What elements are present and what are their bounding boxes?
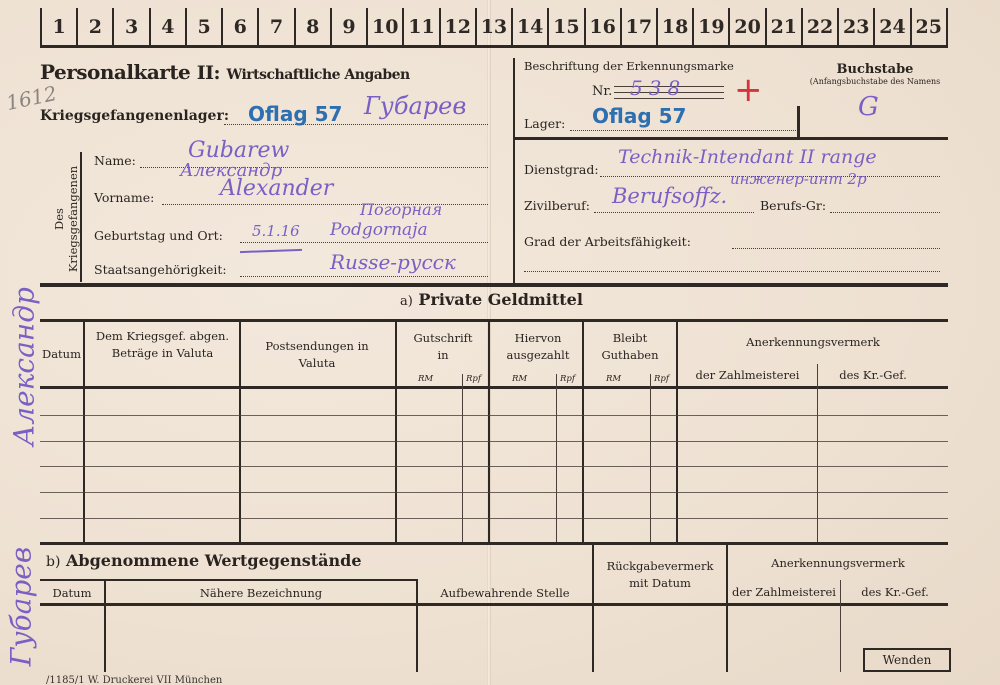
camp-handwritten: Губарев <box>364 92 466 120</box>
b-col-zahlmeisterei: der Zahlmeisterei <box>728 584 840 601</box>
b-subcol-sep <box>840 580 841 672</box>
section-b-prefix: b) <box>46 554 60 570</box>
tag-lager-dotline <box>570 130 796 131</box>
column-number: 1 <box>40 8 76 45</box>
fitness-dotline <box>732 248 940 249</box>
section-a-top-rule <box>40 319 948 322</box>
section-a-title-2: Geldmittel <box>488 290 583 309</box>
tag-heading: Beschriftung der Erkennungsmarke <box>524 59 734 73</box>
nationality-value: Russe-русск <box>330 250 456 274</box>
column-number: 25 <box>910 8 948 45</box>
column-number: 24 <box>873 8 909 45</box>
b-col-anerkennung: Anerkennungsvermerk <box>728 555 948 572</box>
column-number: 6 <box>221 8 257 45</box>
section-a-bottom-rule <box>40 542 948 545</box>
margin-handwriting-bottom: Губарев <box>5 542 38 672</box>
letter-heading: Buchstabe <box>800 62 950 77</box>
red-cross-mark: + <box>734 70 763 110</box>
vorname-value: Alexander <box>220 176 333 201</box>
b-col-datum: Datum <box>40 585 104 602</box>
title-roman: II: <box>197 62 220 84</box>
ruled-row-line <box>40 466 948 467</box>
job-group-label: Berufs-Gr: <box>760 198 826 213</box>
col-sep <box>395 320 397 542</box>
ruled-row-line <box>40 492 948 493</box>
col-sep <box>488 320 490 542</box>
col-postsendungen: Postsendungen in Valuta <box>252 338 382 372</box>
sub-rpf: Rpf <box>654 374 669 384</box>
column-number: 11 <box>402 8 438 45</box>
col-krgef: des Kr.-Gef. <box>818 367 928 384</box>
tag-lager-label: Lager: <box>524 116 565 131</box>
vorname-label: Vorname: <box>94 190 154 205</box>
print-mark: /1185/1 W. Druckerei VII München <box>46 675 222 685</box>
section-a-title: a) Private Geldmittel <box>400 290 583 309</box>
col-gutschrift: Gutschrift in <box>410 330 476 364</box>
camp-stamp: Oflag 57 <box>248 102 342 126</box>
section-b-title-text: Abgenommene Wertgegenstände <box>66 551 362 570</box>
subcol-sep <box>462 374 463 542</box>
ruled-row-line <box>40 415 948 416</box>
nationality-dotline <box>240 276 488 277</box>
subcol-sep <box>556 374 557 542</box>
section-a-prefix: a) <box>400 294 413 309</box>
section-b-title: b) Abgenommene Wertgegenstände <box>46 551 362 570</box>
column-number: 9 <box>330 8 366 45</box>
upper-rule <box>40 283 948 287</box>
tag-lager-stamp: Oflag 57 <box>592 104 686 128</box>
col-bleibt: Bleibt Guthaben <box>592 330 668 364</box>
extra-dotline <box>524 271 940 272</box>
column-number: 10 <box>366 8 402 45</box>
sub-rm: RM <box>512 374 527 384</box>
job-dotline <box>594 212 754 213</box>
b-col-rueckgabe: Rückgabevermerk mit Datum <box>600 558 720 592</box>
column-number: 3 <box>112 8 148 45</box>
side-label-top: Des <box>52 159 66 279</box>
rank-value-cyr: инженер-инт 2р <box>730 170 867 188</box>
turn-over-button[interactable]: Wenden <box>863 648 951 672</box>
job-value: Berufsoffz. <box>612 184 727 208</box>
side-label: Des Kriegsgefangenen <box>52 159 80 279</box>
subcol-sep <box>817 364 818 542</box>
column-number: 16 <box>584 8 620 45</box>
ruled-row-line <box>40 441 948 442</box>
col-zahlmeisterei: der Zahlmeisterei <box>678 367 817 384</box>
birth-date: 5.1.16 <box>252 222 300 240</box>
birth-place: Podgornaja <box>330 220 428 240</box>
sub-rm: RM <box>606 374 621 384</box>
side-divider <box>80 152 82 282</box>
tag-bottom-rule <box>515 137 948 140</box>
right-block-border <box>513 58 515 284</box>
column-number: 19 <box>692 8 728 45</box>
pow-personal-card: 1234567891011121314151617181920212223242… <box>0 0 1000 685</box>
column-number: 7 <box>257 8 293 45</box>
section-b-title-rule <box>40 579 418 581</box>
job-group-dotline <box>830 212 940 213</box>
birth-label: Geburtstag und Ort: <box>94 228 223 243</box>
card-title: Personalkarte II: Wirtschaftliche Angabe… <box>40 60 410 84</box>
col-datum: Datum <box>40 346 83 363</box>
col-sep <box>83 320 85 542</box>
column-number: 14 <box>511 8 547 45</box>
b-col-naehere: Nähere Bezeichnung <box>106 585 416 602</box>
col-sep <box>676 320 678 542</box>
column-number: 23 <box>837 8 873 45</box>
side-label-bottom: Kriegsgefangenen <box>66 159 80 279</box>
tag-nr-value: 538 <box>630 76 686 100</box>
col-anerkennung: Anerkennungsvermerk <box>678 334 948 351</box>
column-number: 5 <box>185 8 221 45</box>
name-label: Name: <box>94 153 136 168</box>
column-number: 8 <box>294 8 330 45</box>
section-b-header-rule <box>40 603 948 606</box>
b-col-sep <box>592 545 594 672</box>
column-number: 21 <box>765 8 801 45</box>
ruled-row-line <box>40 518 948 519</box>
column-number: 12 <box>439 8 475 45</box>
column-number: 13 <box>475 8 511 45</box>
rank-value: Technik-Intendant II range <box>618 146 877 168</box>
birth-dotline <box>240 242 488 243</box>
sub-rm: RM <box>418 374 433 384</box>
tag-box-divider <box>797 106 800 138</box>
col-hiervon: Hiervon ausgezahlt <box>500 330 576 364</box>
job-label: Zivilberuf: <box>524 198 590 213</box>
letter-value: G <box>858 92 879 122</box>
margin-handwriting-top: Александр <box>8 287 41 447</box>
camp-label: Kriegsgefangenenlager: <box>40 108 229 124</box>
title-main: Personalkarte <box>40 60 190 84</box>
rank-label: Dienstgrad: <box>524 162 599 177</box>
col-sep <box>239 320 241 542</box>
column-number: 2 <box>76 8 112 45</box>
column-number: 18 <box>656 8 692 45</box>
column-number: 20 <box>728 8 764 45</box>
nationality-label: Staatsangehörigkeit: <box>94 262 227 277</box>
sub-rpf: Rpf <box>560 374 575 384</box>
ink-stroke <box>240 249 302 253</box>
subcol-sep <box>650 374 651 542</box>
col-sep <box>582 320 584 542</box>
sub-rpf: Rpf <box>466 374 481 384</box>
birthplace-cyr: Погорная <box>360 200 442 219</box>
b-col-krgef: des Kr.-Gef. <box>842 584 948 601</box>
column-number: 4 <box>149 8 185 45</box>
tag-nr-label: Nr. <box>592 84 612 99</box>
column-number: 17 <box>620 8 656 45</box>
fitness-label: Grad der Arbeitsfähigkeit: <box>524 234 691 249</box>
letter-subheading: (Anfangsbuchstabe des Namens <box>800 77 950 86</box>
title-sub: Wirtschaftliche Angaben <box>227 67 410 83</box>
column-number: 22 <box>801 8 837 45</box>
section-a-title-1: Private <box>418 290 482 309</box>
column-number-strip: 1234567891011121314151617181920212223242… <box>40 8 948 48</box>
b-col-aufbewahrende: Aufbewahrende Stelle <box>418 585 592 602</box>
column-number: 15 <box>547 8 583 45</box>
section-a-header-rule <box>40 386 948 389</box>
col-abgen: Dem Kriegsgef. abgen. Beträge in Valuta <box>86 328 239 362</box>
